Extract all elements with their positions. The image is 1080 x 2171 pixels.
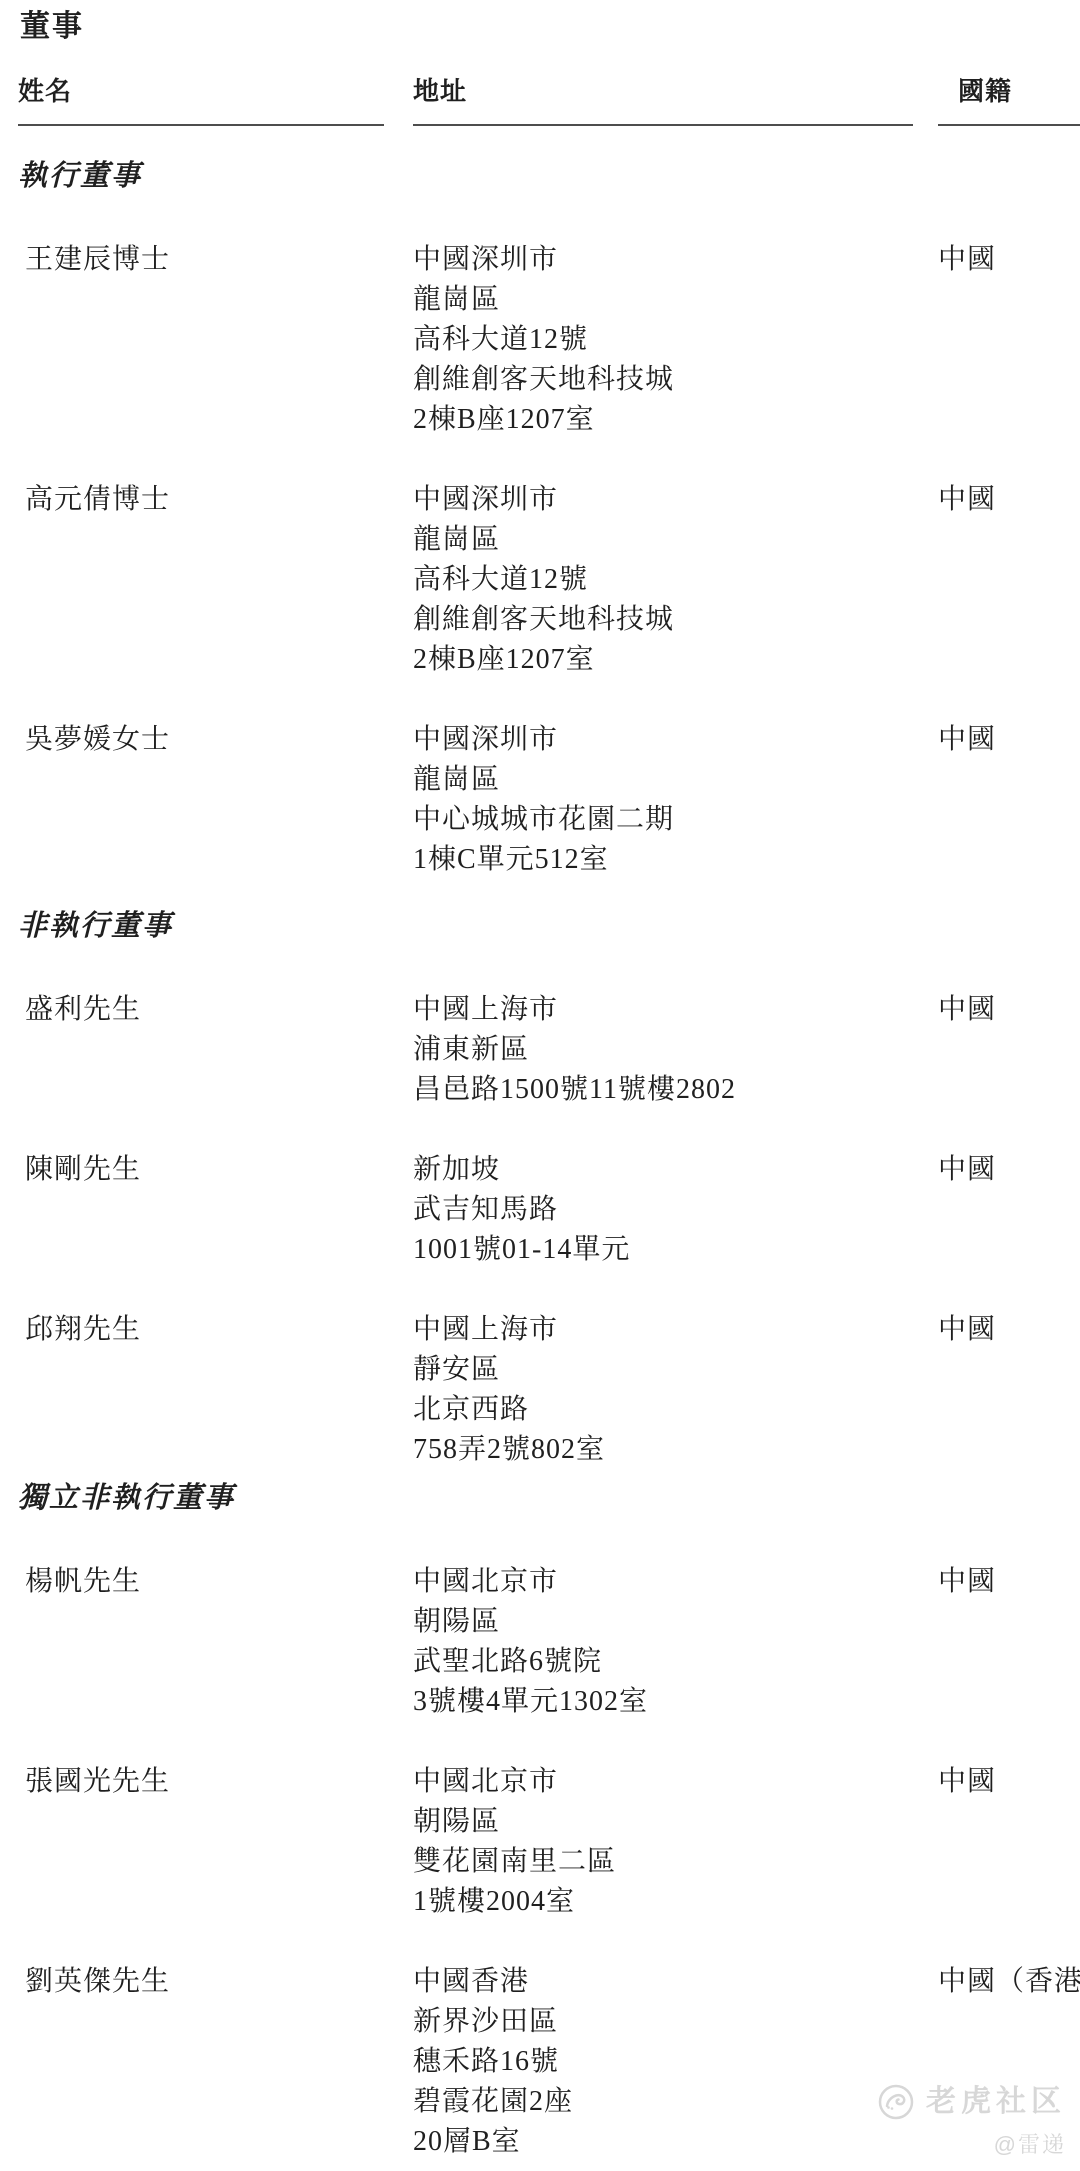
address-line: 龍崗區 [413, 280, 913, 320]
address-line: 20層B室 [413, 2122, 913, 2162]
section-rows: 楊帆先生 中國北京市朝陽區武聖北路6號院3號樓4單元1302室 中國 張國光先生… [0, 1562, 1080, 2162]
watermark-handle: @雷递 [878, 2128, 1066, 2159]
page-title: 董事 [0, 0, 1080, 46]
table-row: 吳夢媛女士 中國深圳市龍崗區中心城城市花園二期1棟C單元512室 中國 [0, 720, 1080, 880]
director-address: 中國北京市朝陽區雙花園南里二區1號樓2004室 [413, 1762, 913, 1922]
address-line: 新加坡 [413, 1150, 913, 1190]
director-address: 中國深圳市龍崗區高科大道12號創維創客天地科技城2棟B座1207室 [413, 480, 913, 680]
director-nationality: 中國 [938, 1150, 1080, 1190]
director-sections: 執行董事 王建辰博士 中國深圳市龍崗區高科大道12號創維創客天地科技城2棟B座1… [0, 156, 1080, 2162]
address-line: 中國香港 [413, 1962, 913, 2002]
director-name: 王建辰博士 [18, 240, 384, 280]
address-line: 1號樓2004室 [413, 1882, 913, 1922]
director-section: 執行董事 王建辰博士 中國深圳市龍崗區高科大道12號創維創客天地科技城2棟B座1… [0, 156, 1080, 880]
director-nationality: 中國 [938, 1762, 1080, 1802]
director-nationality: 中國 [938, 240, 1080, 280]
section-rows: 盛利先生 中國上海市浦東新區昌邑路1500號11號樓2802 中國 陳剛先生 新… [0, 990, 1080, 1470]
table-row: 盛利先生 中國上海市浦東新區昌邑路1500號11號樓2802 中國 [0, 990, 1080, 1110]
address-line: 2棟B座1207室 [413, 400, 913, 440]
address-line: 中國深圳市 [413, 480, 913, 520]
address-line: 創維創客天地科技城 [413, 600, 913, 640]
director-name: 劉英傑先生 [18, 1962, 384, 2002]
director-name: 張國光先生 [18, 1762, 384, 1802]
director-section: 獨立非執行董事 楊帆先生 中國北京市朝陽區武聖北路6號院3號樓4單元1302室 … [0, 1478, 1080, 2162]
address-line: 浦東新區 [413, 1030, 913, 1070]
director-nationality: 中國 [938, 720, 1080, 760]
table-row: 邱翔先生 中國上海市靜安區北京西路758弄2號802室 中國 [0, 1310, 1080, 1470]
director-nationality: 中國 [938, 1562, 1080, 1602]
address-line: 龍崗區 [413, 760, 913, 800]
address-line: 1棟C單元512室 [413, 840, 913, 880]
address-line: 中國上海市 [413, 990, 913, 1030]
address-line: 中國北京市 [413, 1762, 913, 1802]
director-section: 非執行董事 盛利先生 中國上海市浦東新區昌邑路1500號11號樓2802 中國 … [0, 906, 1080, 1470]
column-header-nationality: 國籍 [938, 76, 1080, 126]
director-nationality: 中國 [938, 1310, 1080, 1350]
address-line: 朝陽區 [413, 1802, 913, 1842]
director-nationality: 中國（香港） [938, 1962, 1080, 2002]
director-name: 楊帆先生 [18, 1562, 384, 1602]
address-line: 碧霞花園2座 [413, 2082, 913, 2122]
section-rows: 王建辰博士 中國深圳市龍崗區高科大道12號創維創客天地科技城2棟B座1207室 … [0, 240, 1080, 880]
tiger-logo-icon [878, 2084, 914, 2120]
address-line: 高科大道12號 [413, 560, 913, 600]
address-line: 新界沙田區 [413, 2002, 913, 2042]
director-name: 邱翔先生 [18, 1310, 384, 1350]
address-line: 靜安區 [413, 1350, 913, 1390]
director-name: 吳夢媛女士 [18, 720, 384, 760]
column-header-address: 地址 [413, 76, 913, 126]
watermark: 老虎社区 @雷递 [878, 2084, 1066, 2159]
director-address: 中國上海市靜安區北京西路758弄2號802室 [413, 1310, 913, 1470]
table-row: 張國光先生 中國北京市朝陽區雙花園南里二區1號樓2004室 中國 [0, 1762, 1080, 1922]
director-name: 高元倩博士 [18, 480, 384, 520]
table-header: 姓名 地址 國籍 [0, 76, 1080, 126]
table-row: 高元倩博士 中國深圳市龍崗區高科大道12號創維創客天地科技城2棟B座1207室 … [0, 480, 1080, 680]
address-line: 龍崗區 [413, 520, 913, 560]
address-line: 1001號01-14單元 [413, 1230, 913, 1270]
director-address: 中國深圳市龍崗區高科大道12號創維創客天地科技城2棟B座1207室 [413, 240, 913, 440]
address-line: 昌邑路1500號11號樓2802 [413, 1070, 913, 1110]
director-name: 盛利先生 [18, 990, 384, 1030]
section-heading: 執行董事 [18, 156, 1080, 196]
director-name: 陳剛先生 [18, 1150, 384, 1190]
director-address: 新加坡武吉知馬路1001號01-14單元 [413, 1150, 913, 1270]
address-line: 中國深圳市 [413, 240, 913, 280]
section-heading: 獨立非執行董事 [18, 1478, 1080, 1518]
table-row: 楊帆先生 中國北京市朝陽區武聖北路6號院3號樓4單元1302室 中國 [0, 1562, 1080, 1722]
address-line: 中國深圳市 [413, 720, 913, 760]
watermark-brand: 老虎社区 [926, 2084, 1066, 2120]
address-line: 雙花園南里二區 [413, 1842, 913, 1882]
directors-page: 董事 姓名 地址 國籍 執行董事 王建辰博士 中國深圳市龍崗區高科大道12號創維… [0, 0, 1080, 2171]
address-line: 中國北京市 [413, 1562, 913, 1602]
address-line: 武吉知馬路 [413, 1190, 913, 1230]
address-line: 758弄2號802室 [413, 1430, 913, 1470]
column-header-name: 姓名 [18, 76, 384, 126]
address-line: 中心城城市花園二期 [413, 800, 913, 840]
address-line: 武聖北路6號院 [413, 1642, 913, 1682]
director-nationality: 中國 [938, 480, 1080, 520]
address-line: 2棟B座1207室 [413, 640, 913, 680]
section-heading: 非執行董事 [18, 906, 1080, 946]
director-address: 中國北京市朝陽區武聖北路6號院3號樓4單元1302室 [413, 1562, 913, 1722]
director-nationality: 中國 [938, 990, 1080, 1030]
address-line: 創維創客天地科技城 [413, 360, 913, 400]
address-line: 3號樓4單元1302室 [413, 1682, 913, 1722]
address-line: 穗禾路16號 [413, 2042, 913, 2082]
address-line: 中國上海市 [413, 1310, 913, 1350]
address-line: 高科大道12號 [413, 320, 913, 360]
table-row: 王建辰博士 中國深圳市龍崗區高科大道12號創維創客天地科技城2棟B座1207室 … [0, 240, 1080, 440]
director-address: 中國上海市浦東新區昌邑路1500號11號樓2802 [413, 990, 913, 1110]
director-address: 中國深圳市龍崗區中心城城市花園二期1棟C單元512室 [413, 720, 913, 880]
address-line: 北京西路 [413, 1390, 913, 1430]
address-line: 朝陽區 [413, 1602, 913, 1642]
table-row: 陳剛先生 新加坡武吉知馬路1001號01-14單元 中國 [0, 1150, 1080, 1270]
director-address: 中國香港新界沙田區穗禾路16號碧霞花園2座20層B室 [413, 1962, 913, 2162]
